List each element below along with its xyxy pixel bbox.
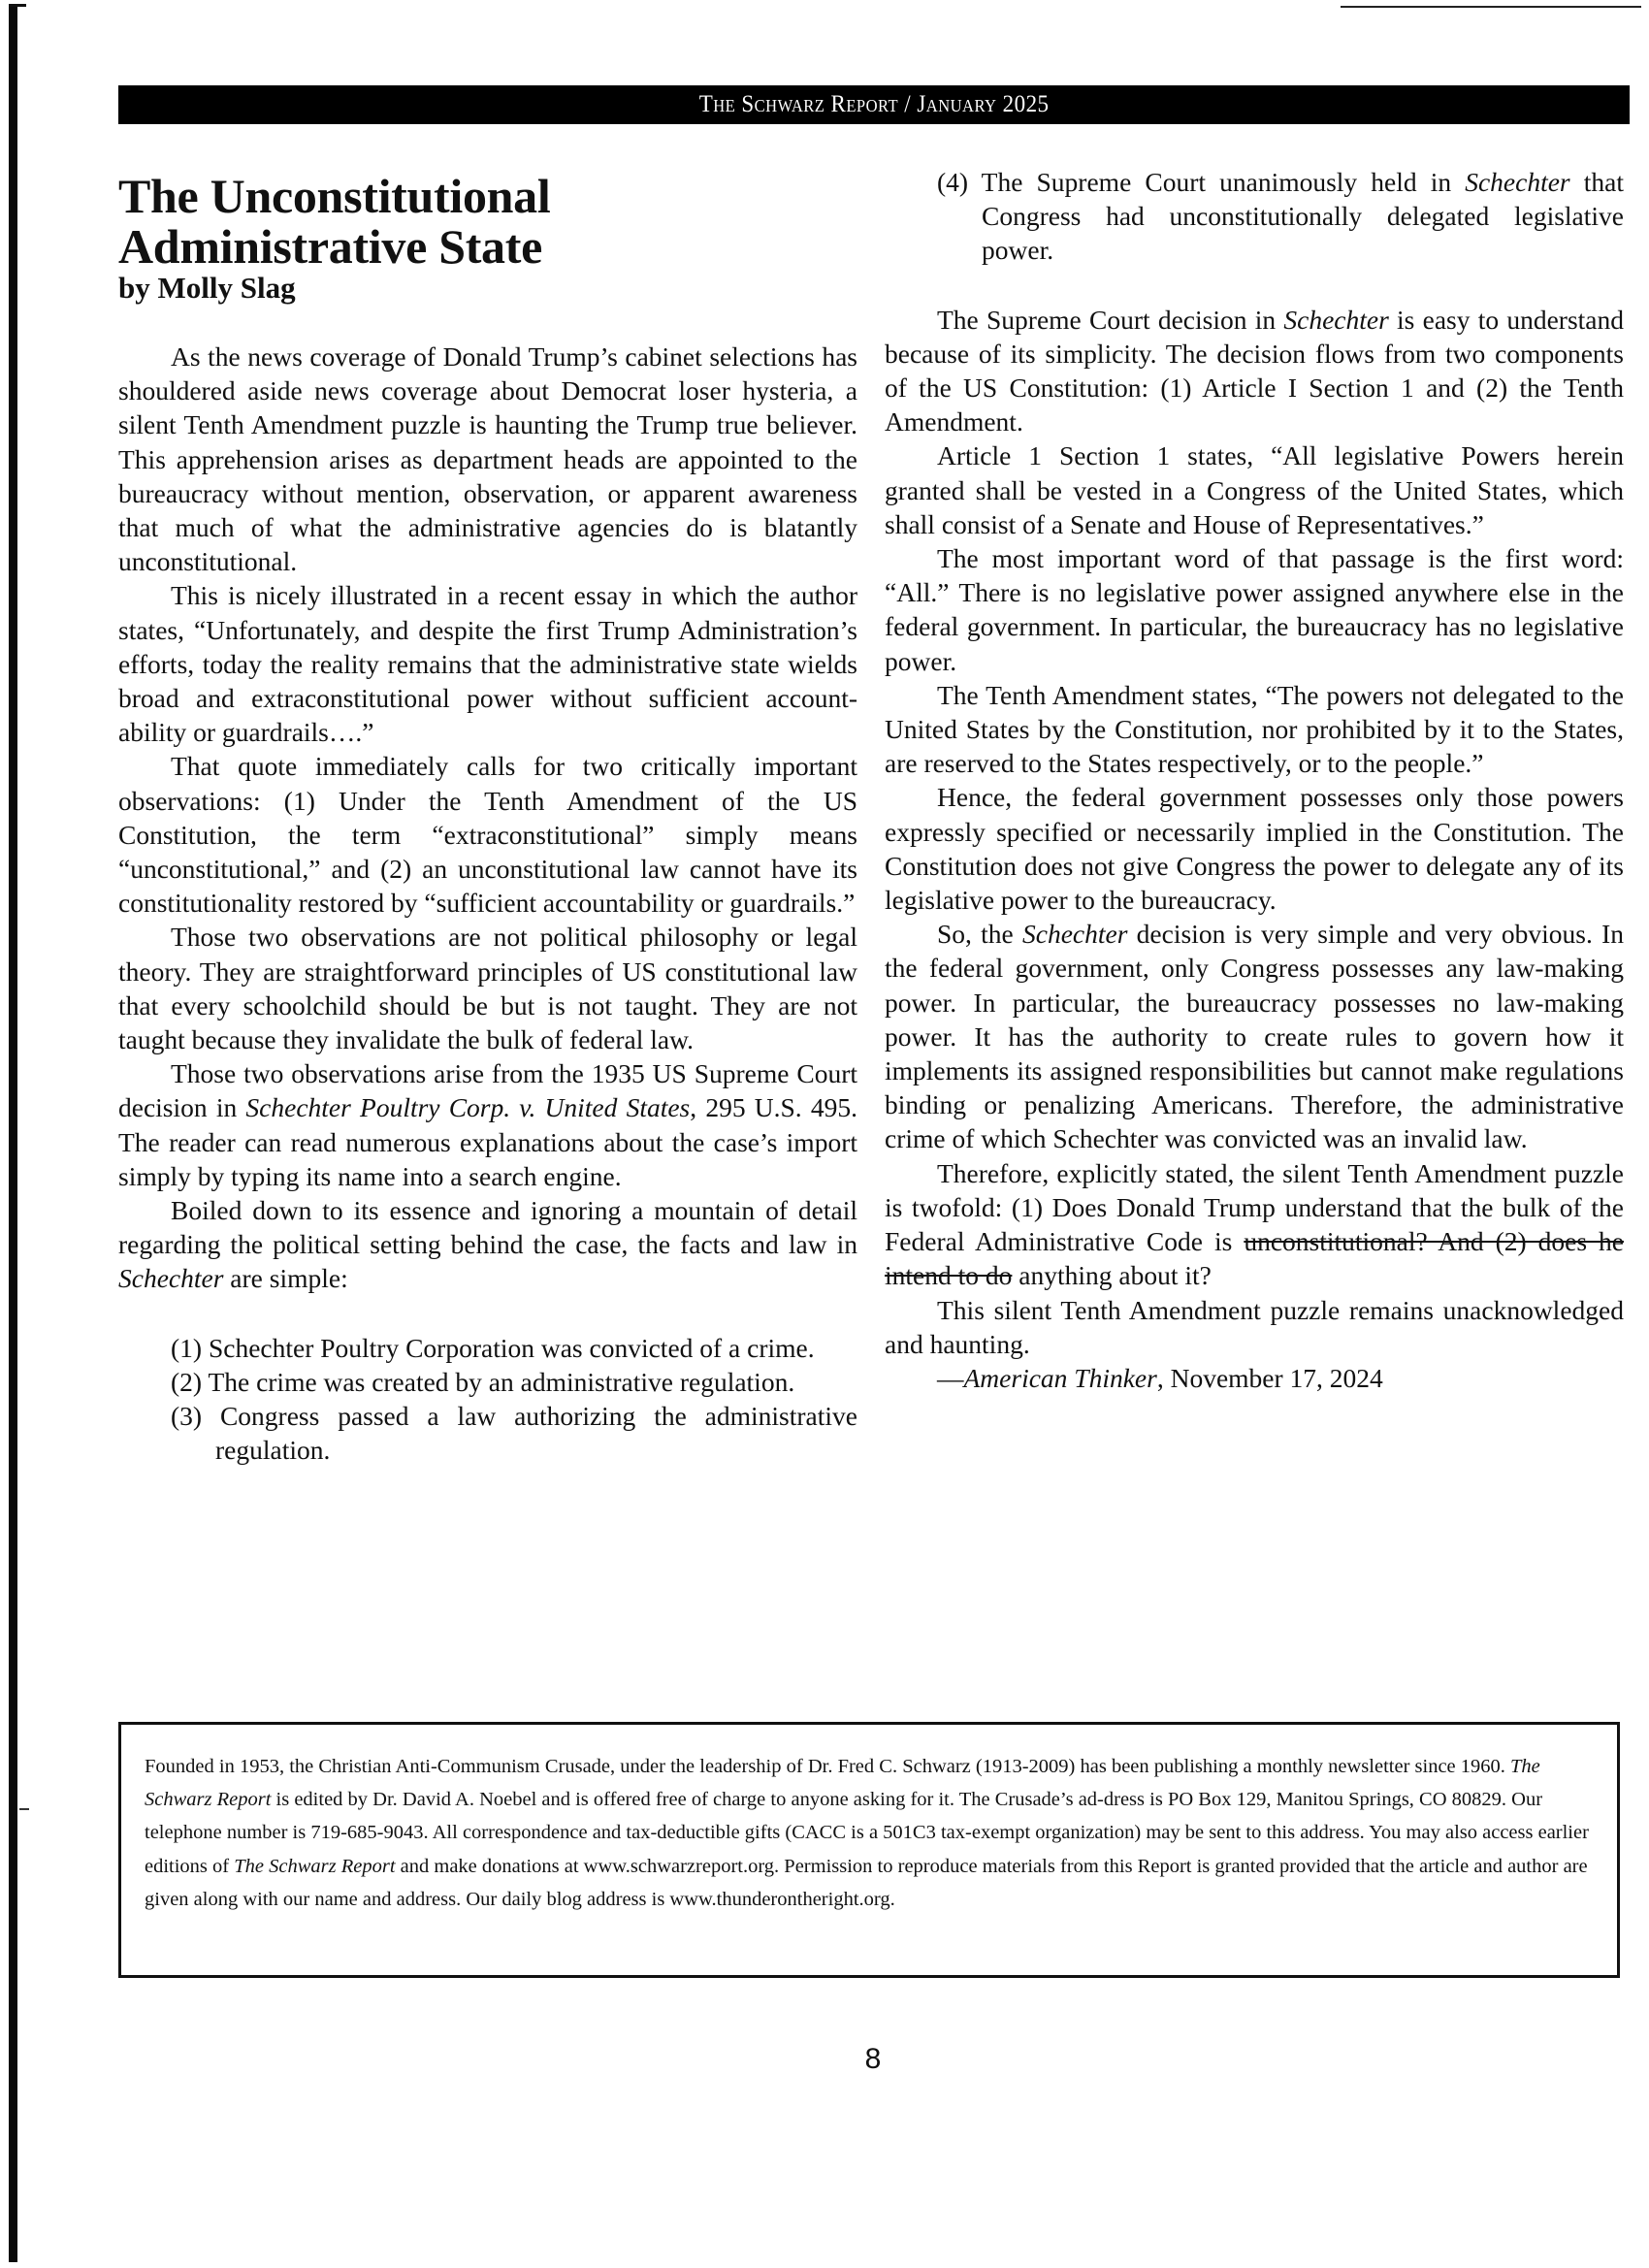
paragraph: So, the Schechter decision is very simpl…: [885, 917, 1624, 1155]
text: decision is very simple and very obvious…: [885, 919, 1624, 1153]
article-byline: by Molly Slag: [118, 272, 857, 305]
scan-edge-cap: [9, 4, 26, 7]
spacer: [118, 1296, 857, 1331]
text: The Supreme Court decision in: [937, 305, 1283, 335]
text: Boiled down to its essence and ignoring …: [118, 1195, 857, 1259]
paragraph: The Tenth Amendment states, “The powers …: [885, 678, 1624, 781]
article-title: The Unconstitutional Administrative Stat…: [118, 171, 857, 272]
paragraph: That quote immediately calls for two cri…: [118, 749, 857, 920]
paragraph: Therefore, explicitly stated, the silent…: [885, 1156, 1624, 1293]
article-left-column: The Unconstitutional Administrative Stat…: [118, 163, 857, 1468]
case-name: Schechter: [118, 1263, 223, 1293]
running-header-title: The Schwarz Report / January 2025: [699, 91, 1050, 118]
publisher-info-box: Founded in 1953, the Christian Anti-Comm…: [118, 1722, 1620, 1978]
facts-list: (1) Schechter Poultry Corporation was co…: [118, 1331, 857, 1468]
paragraph: Boiled down to its essence and ignoring …: [118, 1193, 857, 1296]
publisher-info-text: Founded in 1953, the Christian Anti-Comm…: [145, 1750, 1594, 1916]
text: —: [937, 1363, 964, 1393]
text: are simple:: [223, 1263, 347, 1293]
paragraph: Hence, the federal government possesses …: [885, 780, 1624, 917]
facts-list-continued: (4) The Supreme Court unanimously held i…: [885, 165, 1624, 268]
paragraph: This is nicely illustrated in a recent e…: [118, 578, 857, 749]
running-header: The Schwarz Report / January 2025: [118, 85, 1630, 124]
list-item: (2) The crime was created by an administ…: [118, 1365, 857, 1399]
paragraph: Those two observations arise from the 19…: [118, 1056, 857, 1193]
article-title-line-1: The Unconstitutional: [118, 171, 857, 221]
case-name: Schechter: [1022, 919, 1127, 949]
case-name: Schechter Poultry Corp. v. United States: [245, 1092, 690, 1122]
list-item: (4) The Supreme Court unanimously held i…: [885, 165, 1624, 268]
margin-mark: [19, 1808, 29, 1810]
list-item: (3) Congress passed a law authorizing th…: [118, 1399, 857, 1467]
paragraph: Article 1 Section 1 states, “All legisla…: [885, 438, 1624, 541]
publication-name: The Schwarz Report: [234, 1856, 395, 1877]
text: anything about it?: [1012, 1260, 1211, 1290]
article-title-line-2: Administrative State: [118, 221, 857, 272]
spacer: [885, 268, 1624, 303]
paragraph: Those two observations are not political…: [118, 920, 857, 1056]
article-right-column: (4) The Supreme Court unanimously held i…: [885, 165, 1624, 1395]
scan-edge-bar: [9, 6, 17, 2262]
source-publication: American Thinker: [964, 1363, 1157, 1393]
paragraph: As the news coverage of Donald Trump’s c…: [118, 340, 857, 578]
case-name: Schechter: [1283, 305, 1388, 335]
source-attribution: —American Thinker, November 17, 2024: [885, 1361, 1624, 1395]
text: (4) The Supreme Court unanimously held i…: [937, 167, 1465, 197]
source-date: , November 17, 2024: [1157, 1363, 1383, 1393]
case-name: Schechter: [1465, 167, 1569, 197]
paragraph: This silent Tenth Amendment puzzle remai…: [885, 1293, 1624, 1361]
paragraph: The Supreme Court decision in Schechter …: [885, 303, 1624, 439]
page-number: 8: [854, 2043, 892, 2076]
text: So, the: [937, 919, 1022, 949]
list-item: (1) Schechter Poultry Corporation was co…: [118, 1331, 857, 1365]
paragraph: The most important word of that passage …: [885, 541, 1624, 678]
text: Founded in 1953, the Christian Anti-Comm…: [145, 1756, 1510, 1777]
top-rule: [1341, 6, 1641, 8]
